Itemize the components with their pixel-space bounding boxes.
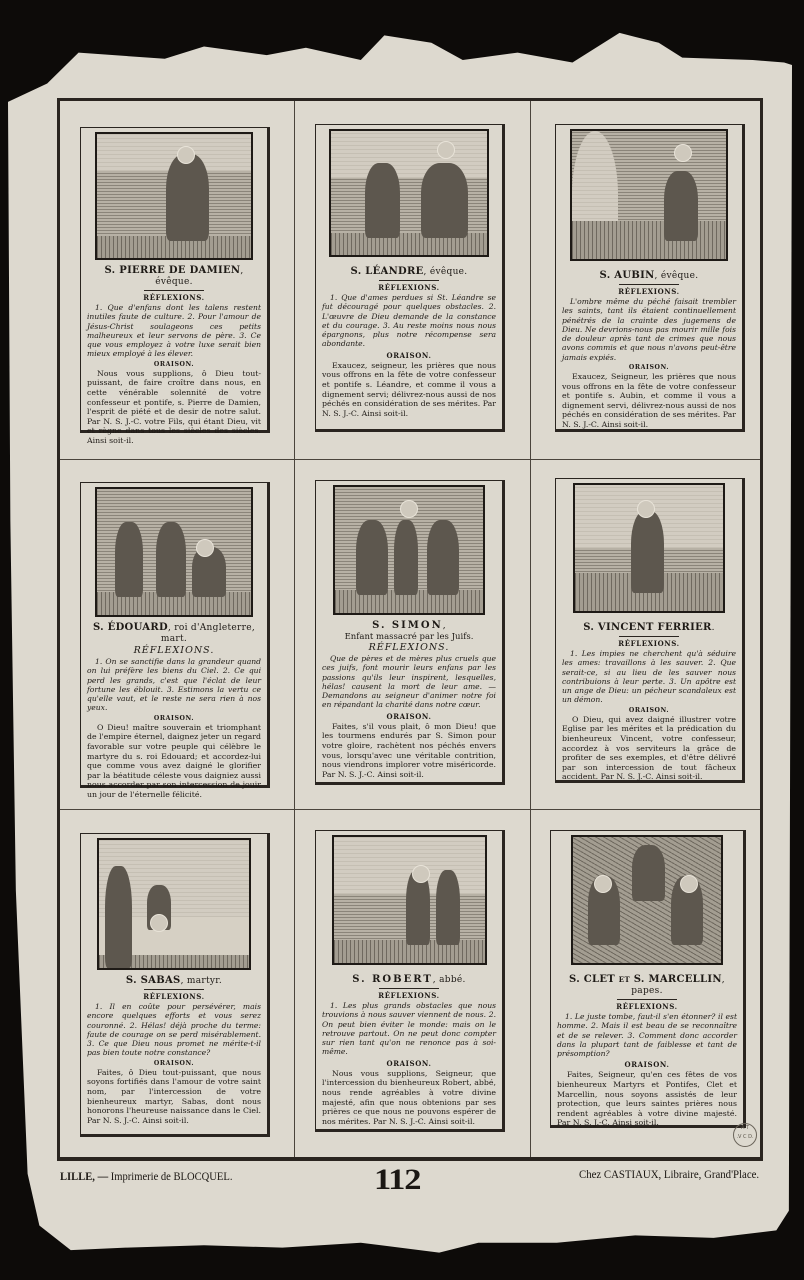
saint-rank: , martyr. xyxy=(181,976,223,986)
reflexions-heading: RÉFLEXIONS. xyxy=(322,283,496,292)
woodcut-illustration xyxy=(95,487,253,617)
saint-name: S. SABAS xyxy=(126,975,181,986)
divider xyxy=(379,988,439,989)
reflexions-heading: RÉFLEXIONS. xyxy=(562,287,736,296)
saint-rank: . xyxy=(712,623,715,633)
bookseller: Chez CASTIAUX, Libraire, Grand'Place. xyxy=(579,1167,759,1182)
reflexions-text: 1. Les impies ne cherchent qu'à séduire … xyxy=(562,649,736,705)
oraison-heading: ORAISON. xyxy=(322,351,496,360)
woodcut-illustration xyxy=(573,483,725,613)
saint-name: S. PIERRE DE DAMIEN xyxy=(105,265,241,276)
saint-name: S. ROBERT xyxy=(352,974,433,985)
saint-name: S. AUBIN xyxy=(600,270,655,281)
reflexions-text: Que de pères et de mères plus cruels que… xyxy=(322,654,496,710)
oraison-heading: ORAISON. xyxy=(322,1059,496,1068)
divider xyxy=(619,284,679,285)
reflexions-heading: RÉFLEXIONS. xyxy=(322,642,496,653)
oraison-heading: ORAISON. xyxy=(562,364,736,371)
reflexions-heading: RÉFLEXIONS. xyxy=(322,991,496,1000)
saint-card: S. LÉANDRE, évêque. RÉFLEXIONS. 1. Que d… xyxy=(315,124,505,432)
printer-name: Imprimerie de BLOCQUEL. xyxy=(111,1169,233,1183)
saint-subtitle: Enfant massacré par les Juifs. xyxy=(322,632,496,642)
reflexions-heading: RÉFLEXIONS. xyxy=(562,639,736,648)
saint-card: S. ÉDOUARD, roi d'Angleterre, mart. RÉFL… xyxy=(80,482,270,788)
reflexions-heading: RÉFLEXIONS. xyxy=(87,645,261,656)
saint-name: S. VINCENT FERRIER xyxy=(583,622,711,633)
saint-rank: , évêque. xyxy=(655,271,699,281)
oraison-heading: ORAISON. xyxy=(322,712,496,721)
oraison-text: Nous vous supplions, Seigneur, que l'int… xyxy=(322,1069,496,1127)
woodcut-illustration xyxy=(570,129,728,261)
saint-rank: , roi d'Angleterre, mart. xyxy=(161,623,255,644)
woodcut-illustration xyxy=(333,485,485,615)
woodcut-illustration xyxy=(97,838,251,970)
oraison-heading: ORAISON. xyxy=(87,1060,261,1067)
woodcut-illustration xyxy=(332,835,487,965)
oraison-text: Exaucez, Seigneur, les prières que nous … xyxy=(562,372,736,430)
saint-name: S. CLET et S. MARCELLIN xyxy=(569,974,722,985)
woodcut-illustration xyxy=(571,835,723,965)
oraison-text: Exaucez, seigneur, les prières que nous … xyxy=(322,361,496,419)
saint-rank: , abbé. xyxy=(433,975,466,985)
imprint-footer: LILLE, — Imprimerie de BLOCQUEL. 112 Che… xyxy=(60,1163,765,1203)
reflexions-text: 1. Les plus grands obstacles que nous tr… xyxy=(322,1001,496,1057)
saint-card: S. PIERRE DE DAMIEN, évêque. RÉFLEXIONS.… xyxy=(80,127,270,433)
divider xyxy=(617,999,677,1000)
divider xyxy=(144,989,204,990)
oraison-heading: ORAISON. xyxy=(87,361,261,368)
reflexions-heading: RÉFLEXIONS. xyxy=(557,1002,737,1011)
divider xyxy=(144,290,204,291)
printer-city: LILLE, — xyxy=(60,1169,108,1183)
reflexions-heading: RÉFLEXIONS. xyxy=(87,992,261,1001)
divider xyxy=(379,280,439,281)
reflexions-text: 1. Que d'enfans dont les talens restent … xyxy=(87,303,261,359)
saint-card: S. ROBERT, abbé. RÉFLEXIONS. 1. Les plus… xyxy=(315,830,505,1132)
grid-divider-vertical xyxy=(294,101,295,1157)
oraison-heading: ORAISON. xyxy=(562,707,736,714)
saint-card: S. VINCENT FERRIER. RÉFLEXIONS. 1. Les i… xyxy=(555,478,745,783)
grid-divider-horizontal xyxy=(60,459,760,460)
reflexions-heading: RÉFLEXIONS. xyxy=(87,293,261,302)
saint-card: S. CLET et S. MARCELLIN, papes. RÉFLEXIO… xyxy=(550,830,746,1128)
saint-card: S. SIMON, Enfant massacré par les Juifs.… xyxy=(315,480,505,785)
woodcut-illustration xyxy=(95,132,253,260)
saint-name: S. SIMON xyxy=(372,620,443,631)
reflexions-text: 1. Il en coûte pour persévérer, mais enc… xyxy=(87,1002,261,1058)
saint-name: S. ÉDOUARD xyxy=(93,622,168,633)
saint-card: S. SABAS, martyr. RÉFLEXIONS. 1. Il en c… xyxy=(80,833,270,1137)
oraison-heading: ORAISON. xyxy=(87,715,261,722)
reflexions-text: 1. On se sanctifie dans la grandeur quan… xyxy=(87,657,261,713)
library-stamp: A T .V C D. xyxy=(733,1123,757,1147)
oraison-text: O Dieu, qui avez daigné illustrer votre … xyxy=(562,715,736,782)
oraison-text: Faites, ô Dieu tout-puissant, que nous s… xyxy=(87,1068,261,1126)
oraison-text: Faites, s'il vous plait, ô mon Dieu! que… xyxy=(322,722,496,780)
sheet-number: 112 xyxy=(374,1163,420,1197)
reflexions-text: 1. Que d'ames perdues si St. Léandre se … xyxy=(322,293,496,349)
oraison-text: Nous vous supplions, ô Dieu tout-puissan… xyxy=(87,369,261,446)
oraison-text: Faites, Seigneur, qu'en ces fêtes de vos… xyxy=(557,1070,737,1128)
reflexions-text: L'ombre même du péché faisait trembler l… xyxy=(562,297,736,362)
grid-divider-vertical xyxy=(530,101,531,1157)
oraison-heading: ORAISON. xyxy=(557,1060,737,1069)
saint-rank: , évêque. xyxy=(424,267,468,277)
oraison-text: O Dieu! maître souverain et triomphant d… xyxy=(87,723,261,800)
grid-divider-horizontal xyxy=(60,809,760,810)
saint-card: S. AUBIN, évêque. RÉFLEXIONS. L'ombre mê… xyxy=(555,124,745,432)
woodcut-illustration xyxy=(329,129,489,257)
saint-rank: , xyxy=(443,621,446,631)
reflexions-text: 1. Le juste tombe, faut-il s'en étonner?… xyxy=(557,1012,737,1058)
saint-name: S. LÉANDRE xyxy=(351,266,424,277)
divider xyxy=(619,636,679,637)
